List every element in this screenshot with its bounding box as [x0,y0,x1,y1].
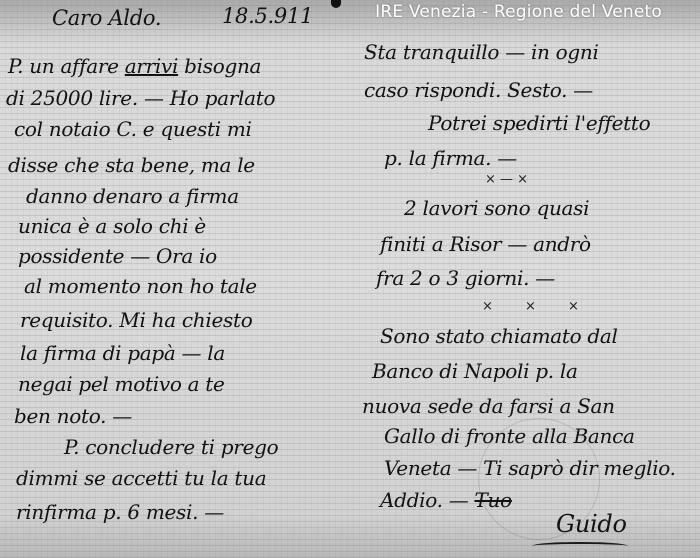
left-line-8: al momento non ho tale [24,276,257,296]
left-line-12: ben noto. — [14,406,132,426]
scan-artifact [331,0,341,8]
right-line-6: finiti a Risor — andrò [380,234,591,254]
left-line-6: unica è a solo chi è [18,216,206,236]
right-line-4: p. la firma. — [384,148,517,168]
left-line-5: danno denaro a firma [26,186,239,206]
right-line-1: Sta tranquillo — in ogni [364,42,599,62]
right-line-3: Potrei spedirti l'effetto [428,113,650,133]
left-line-9: requisito. Mi ha chiesto [20,310,252,330]
separator-marks-2: × × × [482,299,593,314]
left-line-7: possidente — Ora io [18,246,217,266]
right-line-12: Veneta — Ti saprò dir meglio. [384,458,676,478]
signature: Guido [556,512,627,536]
left-line-2: di 25000 lire. — Ho parlato [6,88,275,108]
right-line-10: nuova sede da farsi a San [362,396,615,416]
right-line-11: Gallo di fronte alla Banca [384,426,635,446]
separator-marks-1: × — × [485,172,528,187]
right-line-2: caso rispondi. Sesto. — [364,80,593,100]
salutation: Caro Aldo. [52,8,161,29]
underlined-word: arrivi [125,54,178,78]
left-line-13: P. concludere ti prego [64,437,278,457]
left-line-1: P. un affare arrivi bisogna [8,56,261,76]
left-line-4: disse che sta bene, ma le [8,155,255,175]
right-line-9: Banco di Napoli p. la [372,361,578,381]
right-line-8: Sono stato chiamato dal [380,326,618,346]
letter-scan: IRE Venezia - Regione del Veneto Caro Al… [0,0,700,558]
left-line-3: col notaio C. e questi mi [14,119,252,139]
left-line-14: dimmi se accetti tu la tua [16,468,266,488]
left-line-11: negai pel motivo a te [18,374,225,394]
signature-flourish [532,542,628,550]
letter-date: 18.5.911 [222,6,313,27]
right-line-5: 2 lavori sono quasi [404,198,589,218]
watermark: IRE Venezia - Regione del Veneto [375,2,662,22]
crossed-out-word: Tuo [475,488,512,512]
left-line-10: la firma di papà — la [20,343,225,363]
right-line-13: Addio. — Tuo [380,490,512,510]
right-line-7: fra 2 o 3 giorni. — [376,268,555,288]
left-line-15: rinfirma p. 6 mesi. — [16,502,224,522]
